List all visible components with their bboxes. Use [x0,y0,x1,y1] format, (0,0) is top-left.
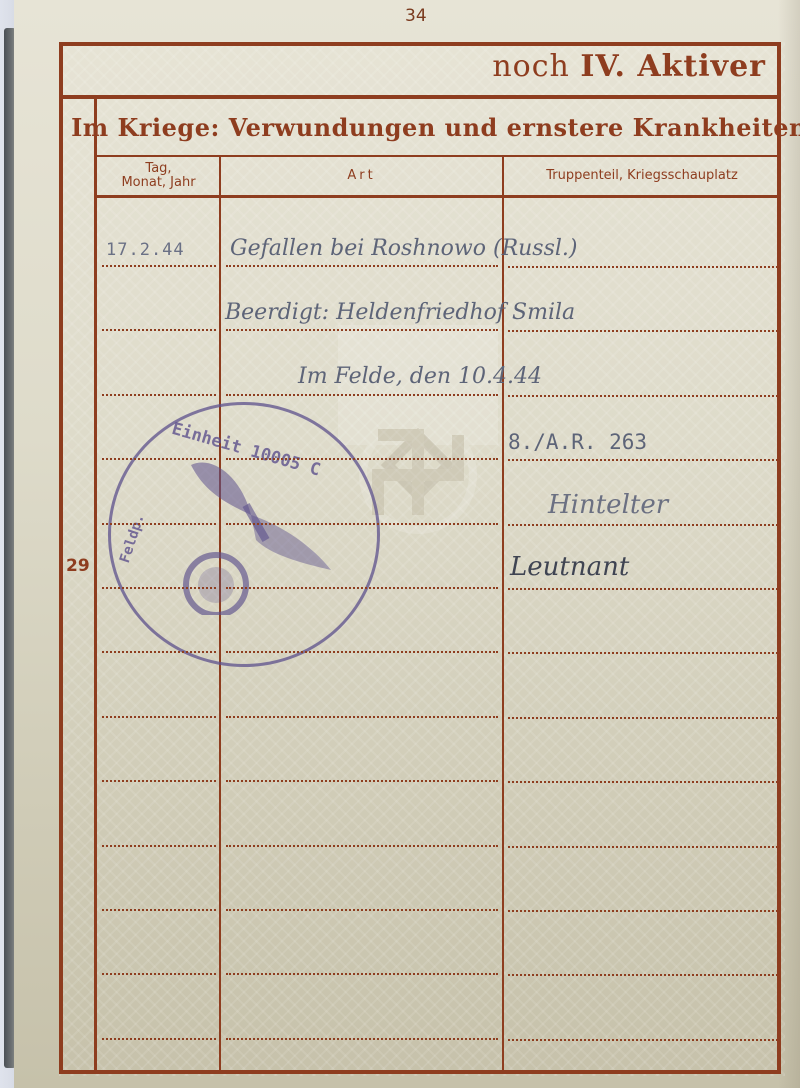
header-section: IV. Aktiver [580,49,766,84]
ruled-line [508,1039,778,1041]
ruled-line [226,716,498,718]
column-header-unit: Truppenteil, Kriegsschauplatz [503,157,781,195]
ruled-line [102,716,216,718]
ruled-line [102,265,216,267]
header-prefix: noch [492,49,570,84]
ruled-line [226,651,498,653]
entry-art-line-2: Beerdigt: Heldenfriedhof Smila [225,300,575,325]
signature-rank: Leutnant [510,552,629,582]
ruled-line [102,587,216,589]
ruled-line [102,780,216,782]
ruled-line [226,909,498,911]
ruled-line [102,909,216,911]
ruled-line [508,846,778,848]
ruled-line [102,394,216,396]
ruled-line [508,266,778,268]
ruled-line [226,329,498,331]
ruled-line [102,523,216,525]
entry-art-line-1: Gefallen bei Roshnowo (Russl.) [230,236,578,261]
ruled-line [508,395,778,397]
ruled-line [102,1038,216,1040]
ruled-line [508,910,778,912]
ruled-line [226,394,498,396]
ruled-line [508,652,778,654]
page-number: 34 [405,6,427,26]
ruled-line [226,1038,498,1040]
ruled-line [226,780,498,782]
ruled-line [508,588,778,590]
ruled-line [102,458,216,460]
ruled-line [226,845,498,847]
column-header-date-line1: Tag, [121,162,195,176]
ruled-line [102,973,216,975]
margin-strip [59,99,97,1074]
signature-name: Hintelter [548,490,668,520]
ruled-line [226,523,498,525]
stamp-text-left: Feldp. [117,512,148,565]
ruled-line [102,329,216,331]
ruled-line [508,524,778,526]
unit-stamp: Einheit 10005 C Feldp. [108,402,380,667]
margin-entry-number: 29 [66,556,90,576]
ruled-line [226,587,498,589]
entry-art-line-3: Im Felde, den 10.4.44 [298,364,542,389]
ruled-line [508,717,778,719]
ruled-line [226,973,498,975]
ruled-line [508,459,778,461]
column-header-art: Art [220,157,503,195]
ruled-line [102,845,216,847]
ruled-line [226,458,498,460]
ruled-line [508,781,778,783]
section-title: Im Kriege: Verwundungen und ernstere Kra… [97,99,781,157]
ruled-line [102,651,216,653]
ruled-line [508,974,778,976]
column-divider-art [502,157,504,1074]
ruled-line [508,330,778,332]
ruled-line [226,265,498,267]
entry-date: 17.2.44 [106,240,185,260]
entry-unit: 8./A.R. 263 [508,430,647,454]
header-title: noch IV. Aktiver [492,49,766,84]
column-header-date-line2: Monat, Jahr [121,176,195,190]
column-header-date: Tag, Monat, Jahr [97,157,220,195]
column-header-row: Tag, Monat, Jahr Art Truppenteil, Kriegs… [97,157,781,198]
